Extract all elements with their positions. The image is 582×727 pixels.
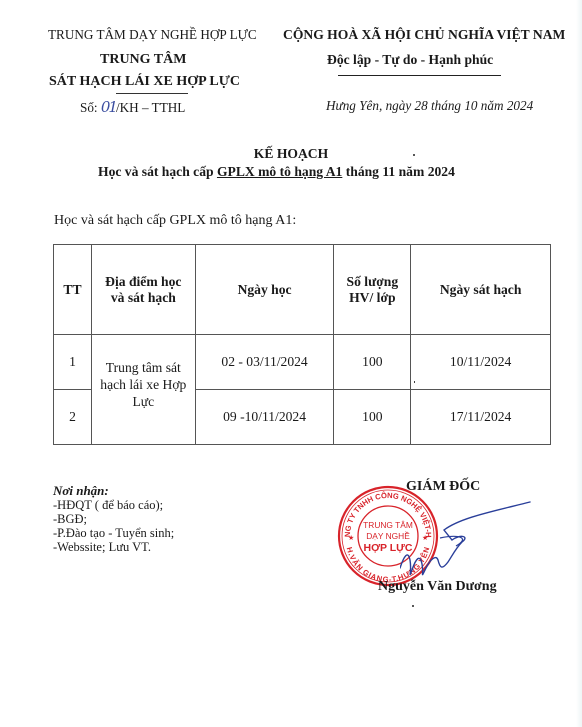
document-number-suffix: /KH – TTHL (116, 100, 185, 115)
subtitle-after: tháng 11 năm 2024 (342, 164, 455, 179)
svg-text:★: ★ (348, 534, 354, 542)
table-header-row: TT Địa điểm học và sát hạch Ngày học Số … (54, 245, 551, 335)
cell-tt: 2 (54, 390, 92, 445)
recipients-block: Nơi nhận: -HĐQT ( để báo cáo); -BGĐ; -P.… (53, 484, 174, 554)
header-study-date: Ngày học (195, 245, 334, 335)
document-number-prefix: Số: (80, 100, 98, 115)
header-quantity-line2: HV/ lớp (334, 290, 410, 306)
subtitle-underlined: GPLX mô tô hạng A1 (217, 164, 342, 179)
motto-underline (338, 75, 501, 76)
recipient-item: -HĐQT ( để báo cáo); (53, 498, 174, 512)
parent-organization: TRUNG TÂM DẠY NGHỀ HỢP LỰC (48, 27, 257, 43)
intro-text: Học và sát hạch cấp GPLX mô tô hạng A1: (54, 213, 296, 229)
handwritten-signature-icon (400, 498, 540, 588)
organization-underline (116, 93, 188, 94)
schedule-table: TT Địa điểm học và sát hạch Ngày học Số … (53, 244, 551, 445)
document-number-handwritten: 01 (101, 98, 116, 116)
header-quantity: Số lượng HV/ lớp (334, 245, 411, 335)
cell-tt: 1 (54, 335, 92, 390)
subtitle-before: Học và sát hạch cấp (98, 164, 217, 179)
document-number: Số: 01/KH – TTHL (80, 98, 185, 116)
header-quantity-line1: Số lượng (334, 274, 410, 290)
scan-speck (413, 154, 415, 156)
scan-speck (414, 381, 415, 383)
header-exam-date: Ngày sát hạch (411, 245, 551, 335)
scan-speck (412, 605, 414, 607)
document-title: KẾ HOẠCH (0, 146, 582, 162)
organization-name-line1: TRUNG TÂM (100, 52, 186, 68)
cell-study-date: 02 - 03/11/2024 (195, 335, 334, 390)
signer-name: Nguyễn Văn Dương (378, 579, 497, 595)
header-tt: TT (54, 245, 92, 335)
recipient-item: -P.Đào tạo - Tuyển sinh; (53, 526, 174, 540)
document-subtitle: Học và sát hạch cấp GPLX mô tô hạng A1 t… (98, 164, 455, 180)
place-and-date: Hưng Yên, ngày 28 tháng 10 năm 2024 (326, 98, 533, 114)
cell-quantity: 100 (334, 390, 411, 445)
table-row: 1 Trung tâm sát hạch lái xe Hợp Lực 02 -… (54, 335, 551, 390)
national-title: CỘNG HOÀ XÃ HỘI CHỦ NGHĨA VIỆT NAM (283, 27, 565, 43)
cell-exam-date: 17/11/2024 (411, 390, 551, 445)
cell-quantity: 100 (334, 335, 411, 390)
cell-study-date: 09 -10/11/2024 (195, 390, 334, 445)
recipient-item: -Webssite; Lưu VT. (53, 540, 174, 554)
national-motto: Độc lập - Tự do - Hạnh phúc (327, 52, 493, 68)
header-location-line2: và sát hạch (92, 290, 195, 306)
recipient-item: -BGĐ; (53, 512, 174, 526)
scan-edge (576, 0, 582, 727)
cell-exam-date: 10/11/2024 (411, 335, 551, 390)
recipients-label: Nơi nhận: (53, 484, 174, 498)
organization-name-line2: SÁT HẠCH LÁI XE HỢP LỰC (49, 74, 240, 90)
header-location-line1: Địa điểm học (92, 274, 195, 290)
cell-location: Trung tâm sát hạch lái xe Hợp Lực (91, 335, 195, 445)
header-location: Địa điểm học và sát hạch (91, 245, 195, 335)
